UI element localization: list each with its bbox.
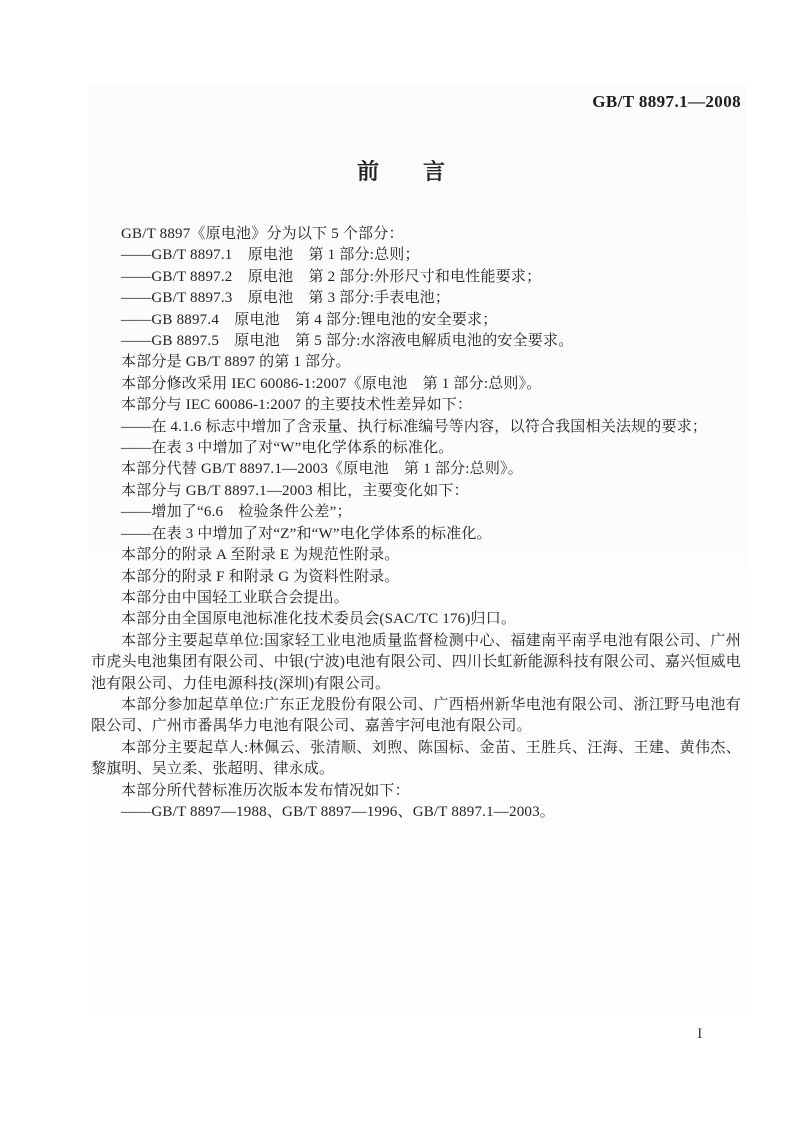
foreword-paragraph: 本部分是 GB/T 8897 的第 1 部分。 (91, 352, 741, 373)
foreword-paragraph: 本部分主要起草单位:国家轻工业电池质量监督检测中心、福建南平南孚电池有限公司、广… (91, 631, 741, 695)
foreword-paragraph: 本部分所代替标准历次版本发布情况如下： (91, 781, 741, 802)
foreword-paragraph: ——增加了“6.6 检验条件公差”； (91, 502, 741, 523)
page-title: 前 言 (91, 155, 711, 186)
foreword-paragraph: ——在表 3 中增加了对“Z”和“W”电化学体系的标准化。 (91, 524, 741, 545)
foreword-paragraph: ——GB/T 8897.3 原电池 第 3 部分:手表电池； (91, 288, 741, 309)
standard-number: GB/T 8897.1—2008 (91, 92, 741, 112)
foreword-paragraph: 本部分参加起草单位:广东正龙股份有限公司、广西梧州新华电池有限公司、浙江野马电池… (91, 695, 741, 738)
foreword-paragraph: GB/T 8897《原电池》分为以下 5 个部分： (91, 224, 741, 245)
foreword-paragraph: 本部分主要起草人:林佩云、张清顺、刘煦、陈国标、金苗、王胜兵、汪海、王建、黄伟杰… (91, 738, 741, 781)
foreword-paragraph: 本部分修改采用 IEC 60086-1:2007《原电池 第 1 部分:总则》。 (91, 374, 741, 395)
foreword-paragraph: ——GB 8897.4 原电池 第 4 部分:锂电池的安全要求； (91, 310, 741, 331)
foreword-paragraph: 本部分由全国原电池标准化技术委员会(SAC/TC 176)归口。 (91, 609, 741, 630)
foreword-paragraph: ——GB 8897.5 原电池 第 5 部分:水溶液电解质电池的安全要求。 (91, 331, 741, 352)
page-number: I (660, 1026, 740, 1043)
foreword-paragraph: ——GB/T 8897—1988、GB/T 8897—1996、GB/T 889… (91, 802, 741, 823)
foreword-paragraph: ——在表 3 中增加了对“W”电化学体系的标准化。 (91, 438, 741, 459)
foreword-paragraph: ——在 4.1.6 标志中增加了含汞量、执行标准编号等内容，以符合我国相关法规的… (91, 417, 741, 438)
foreword-paragraph: ——GB/T 8897.2 原电池 第 2 部分:外形尺寸和电性能要求； (91, 267, 741, 288)
foreword-paragraph: 本部分与 GB/T 8897.1—2003 相比，主要变化如下： (91, 481, 741, 502)
foreword-paragraph: ——GB/T 8897.1 原电池 第 1 部分:总则； (91, 245, 741, 266)
foreword-paragraph: 本部分的附录 A 至附录 E 为规范性附录。 (91, 545, 741, 566)
foreword-paragraph: 本部分与 IEC 60086-1:2007 的主要技术性差异如下： (91, 395, 741, 416)
foreword-paragraph: 本部分的附录 F 和附录 G 为资料性附录。 (91, 567, 741, 588)
foreword-content: GB/T 8897《原电池》分为以下 5 个部分：——GB/T 8897.1 原… (91, 224, 741, 823)
foreword-paragraph: 本部分由中国轻工业联合会提出。 (91, 588, 741, 609)
foreword-paragraph: 本部分代替 GB/T 8897.1—2003《原电池 第 1 部分:总则》。 (91, 459, 741, 480)
